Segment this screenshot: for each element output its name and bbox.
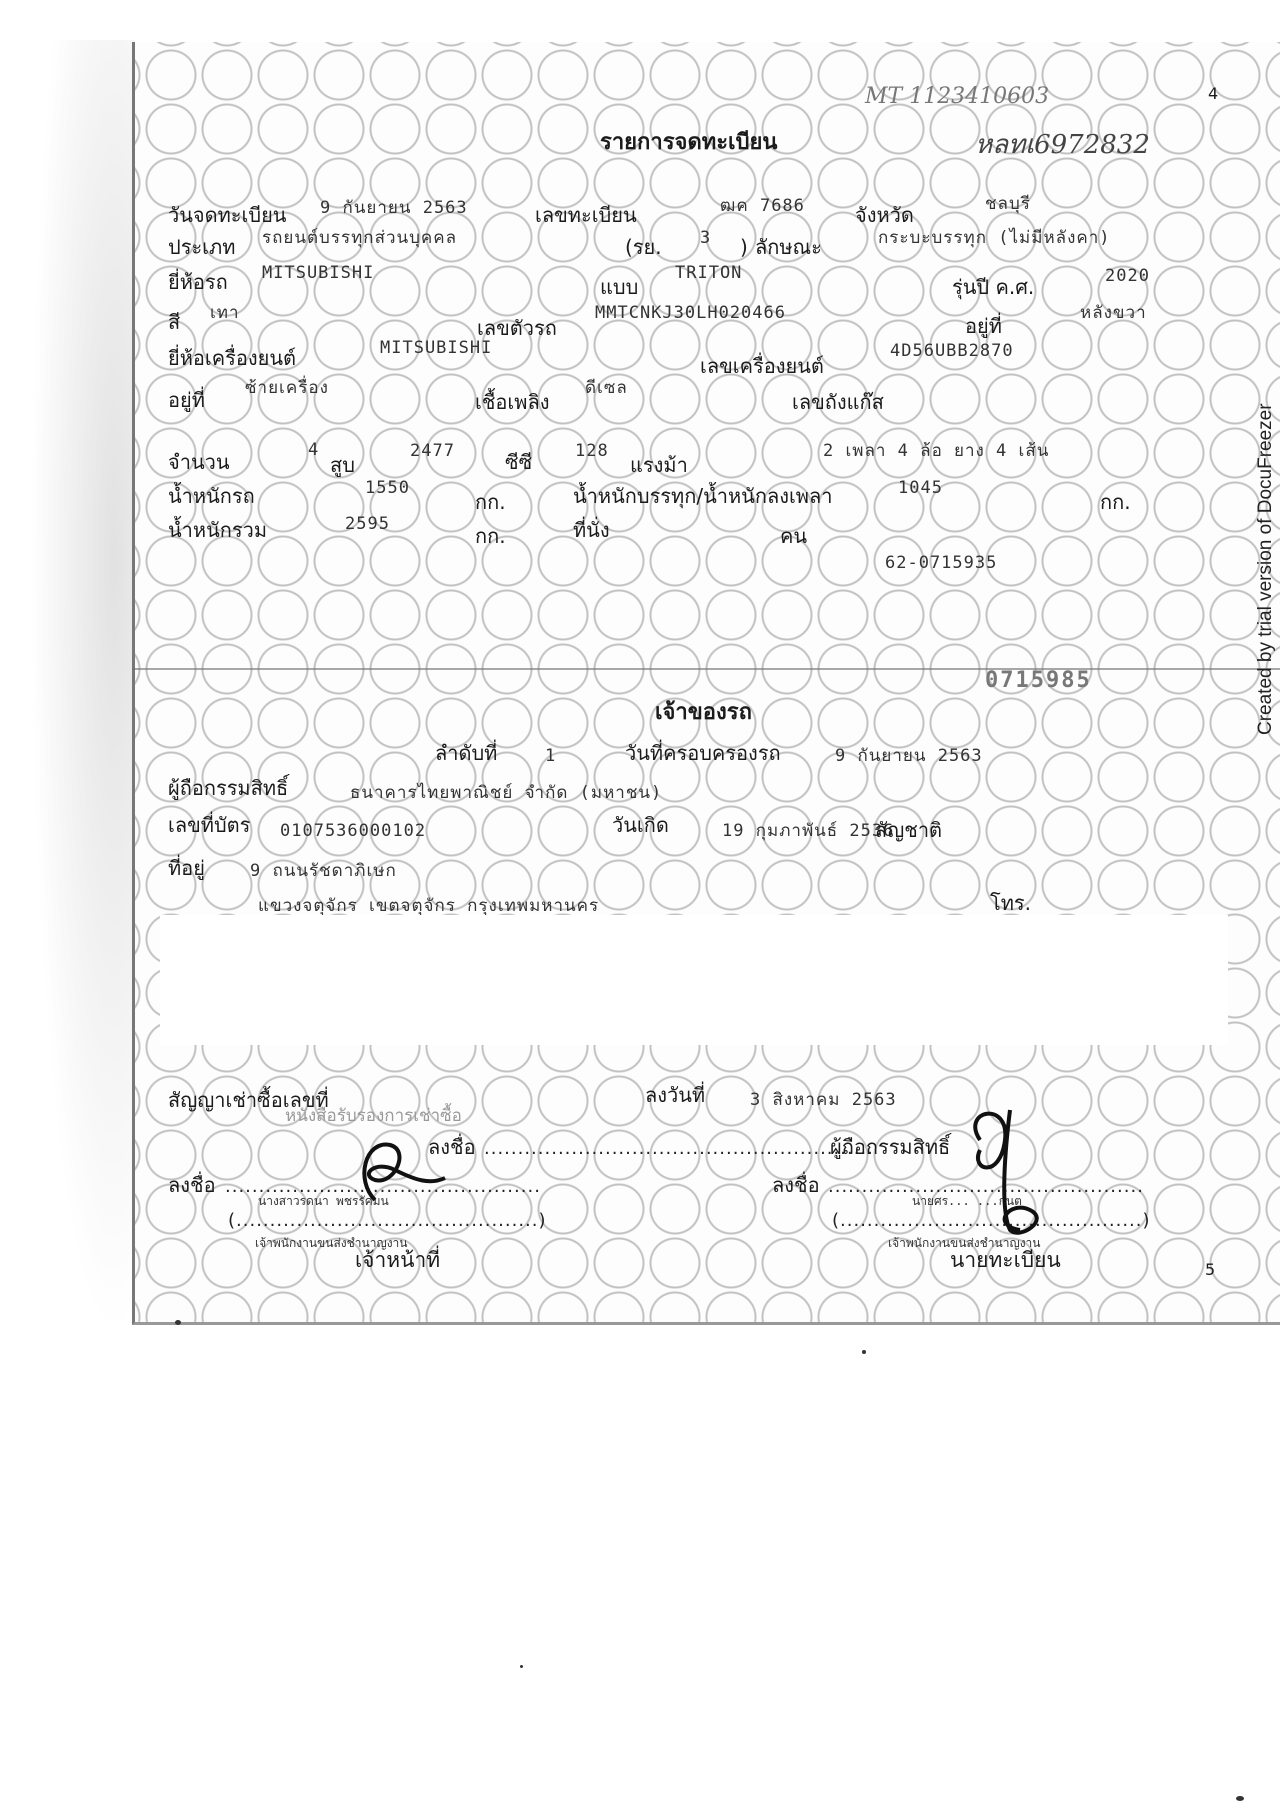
page-number-top: 4 (1208, 86, 1218, 102)
engine-no: 4D56UBB2870 (890, 343, 1014, 360)
sign-label-left: ลงชื่อ (168, 1175, 216, 1195)
possession-date: 9 กันยายน 2563 (835, 748, 983, 765)
scan-speck (175, 1320, 181, 1325)
model-label: แบบ (600, 277, 638, 297)
address-label: ที่อยู่ (168, 858, 205, 878)
address-line-2: แขวงจตุจักร เขตจตุจักร กรุงเทพมหานคร (258, 898, 599, 915)
nationality-label: สัญชาติ (875, 820, 942, 840)
model: TRITON (675, 265, 742, 282)
holder-name: ธนาคารไทยพาณิชย์ จำกัด (มหาชน) (350, 785, 662, 802)
order: 1 (545, 748, 556, 765)
cert-text-faint: หนังสือรับรองการเช่าซื้อ (285, 1108, 462, 1125)
cylinders-label: สูบ (330, 455, 355, 475)
engine-location: ซ้ายเครื่อง (245, 380, 329, 397)
cc-label: ซีซี (505, 452, 532, 472)
engine-no-label: เลขเครื่องยนต์ (700, 356, 824, 376)
id-label: เลขที่บัตร (168, 815, 250, 835)
handwritten-note-2: หลทเ6972832 (975, 132, 1150, 158)
scan-speck (520, 1665, 523, 1668)
gross-weight-unit: กก. (475, 526, 506, 546)
vehicle-style: กระบะบรรทุก (ไม่มีหลังคา) (878, 230, 1111, 247)
sign-date-label: ลงวันที่ (645, 1085, 705, 1105)
plate-label: เลขทะเบียน (535, 205, 637, 225)
stamp-number: 0715985 (985, 670, 1092, 692)
load-unit: กก. (1100, 492, 1131, 512)
scan-speck (862, 1350, 866, 1354)
holder-label: ผู้ถือกรรมสิทธิ์ (168, 778, 288, 798)
document-number: 62-0715935 (885, 555, 997, 572)
fuel-label: เชื้อเพลิง (475, 392, 549, 412)
address-line-1: 9 ถนนรัชดาภิเษก (250, 863, 397, 880)
vin-location: หลังขวา (1080, 305, 1147, 322)
province-label: จังหวัด (855, 205, 914, 225)
province: ชลบุรี (985, 196, 1031, 213)
brand: MITSUBISHI (262, 265, 374, 282)
cylinders: 4 (308, 442, 319, 459)
scan-shadow (30, 40, 135, 1340)
weight-label: น้ำหนักรถ (168, 486, 255, 506)
ry-close: ) (740, 237, 748, 257)
count-label: จำนวน (168, 452, 230, 472)
weight-unit: กก. (475, 492, 506, 512)
registration-title: รายการจดทะเบียน (600, 132, 777, 154)
holder-sign-suffix: ผู้ถือกรรมสิทธิ์ (830, 1137, 950, 1157)
dob: 19 กุมภาพันธ์ 2536 (722, 823, 894, 840)
engine-brand: MITSUBISHI (380, 340, 492, 357)
registrar-role: นายทะเบียน (950, 1250, 1061, 1271)
year-label: รุ่นปี ค.ศ. (952, 277, 1034, 297)
type-label: ประเภท (168, 237, 235, 257)
possession-date-label: วันที่ครอบครองรถ (625, 743, 781, 763)
reg-date-label: วันจดทะเบียน (168, 205, 286, 225)
officer-role: เจ้าหน้าที่ (355, 1250, 440, 1271)
fuel: ดีเซล (585, 380, 628, 397)
year: 2020 (1105, 268, 1150, 285)
vehicle-type: รถยนต์บรรทุกส่วนบุคคล (262, 230, 457, 247)
ry-value: 3 (700, 230, 711, 247)
registrar-signature (950, 1100, 1070, 1250)
scan-speck (1236, 1796, 1244, 1801)
gross-weight-label: น้ำหนักรวม (168, 520, 267, 540)
style-label: ลักษณะ (755, 237, 822, 257)
horsepower: 128 (575, 443, 609, 460)
brand-label: ยี่ห้อรถ (168, 272, 228, 292)
engine-brand-label: ยี่ห้อเครื่องยนต์ (168, 348, 296, 368)
order-label: ลำดับที่ (435, 743, 497, 763)
load-label: น้ำหนักบรรทุก/น้ำหนักลงเพลา (573, 486, 832, 506)
watermark: Created by trial version of DocuFreezer (1255, 403, 1277, 735)
vin-label: เลขตัวรถ (477, 318, 557, 338)
axles-wheels: 2 เพลา 4 ล้อ ยาง 4 เส้น (823, 443, 1049, 460)
gross-weight: 2595 (345, 516, 390, 533)
weight: 1550 (365, 480, 410, 497)
seats-label: ที่นั่ง (573, 520, 610, 540)
officer-parenthesis-line: (.......................................… (228, 1212, 547, 1230)
page-number-bottom: 5 (1205, 1262, 1215, 1278)
gas-tank-label: เลขถังแก๊ส (792, 392, 884, 412)
cc: 2477 (410, 443, 455, 460)
seats-unit: คน (780, 526, 807, 546)
dob-label: วันเกิด (612, 815, 669, 835)
sign-label-right: ลงชื่อ (772, 1175, 820, 1195)
plate: ฒค 7686 (720, 198, 805, 215)
engine-location-label: อยู่ที่ (168, 390, 205, 410)
load: 1045 (898, 480, 943, 497)
vin-location-label: อยู่ที่ (965, 316, 1002, 336)
id-number: 0107536000102 (280, 823, 426, 840)
fold-line (132, 668, 1280, 670)
owner-title: เจ้าของรถ (655, 702, 752, 724)
officer-signature (335, 1130, 455, 1210)
color-label: สี (168, 312, 180, 332)
phone-label: โทร. (990, 893, 1031, 913)
vin: MMTCNKJ30LH020466 (595, 305, 786, 322)
ry-label: (รย. (625, 237, 662, 257)
reg-date: 9 กันยายน 2563 (320, 200, 468, 217)
handwritten-note-1: MT 1123410603 (865, 86, 1049, 108)
redacted-area (160, 915, 1228, 1045)
sign-date: 3 สิงหาคม 2563 (750, 1092, 897, 1109)
dotted-line: ........................................… (484, 1140, 874, 1158)
color: เทา (210, 305, 240, 322)
horsepower-label: แรงม้า (630, 455, 688, 475)
